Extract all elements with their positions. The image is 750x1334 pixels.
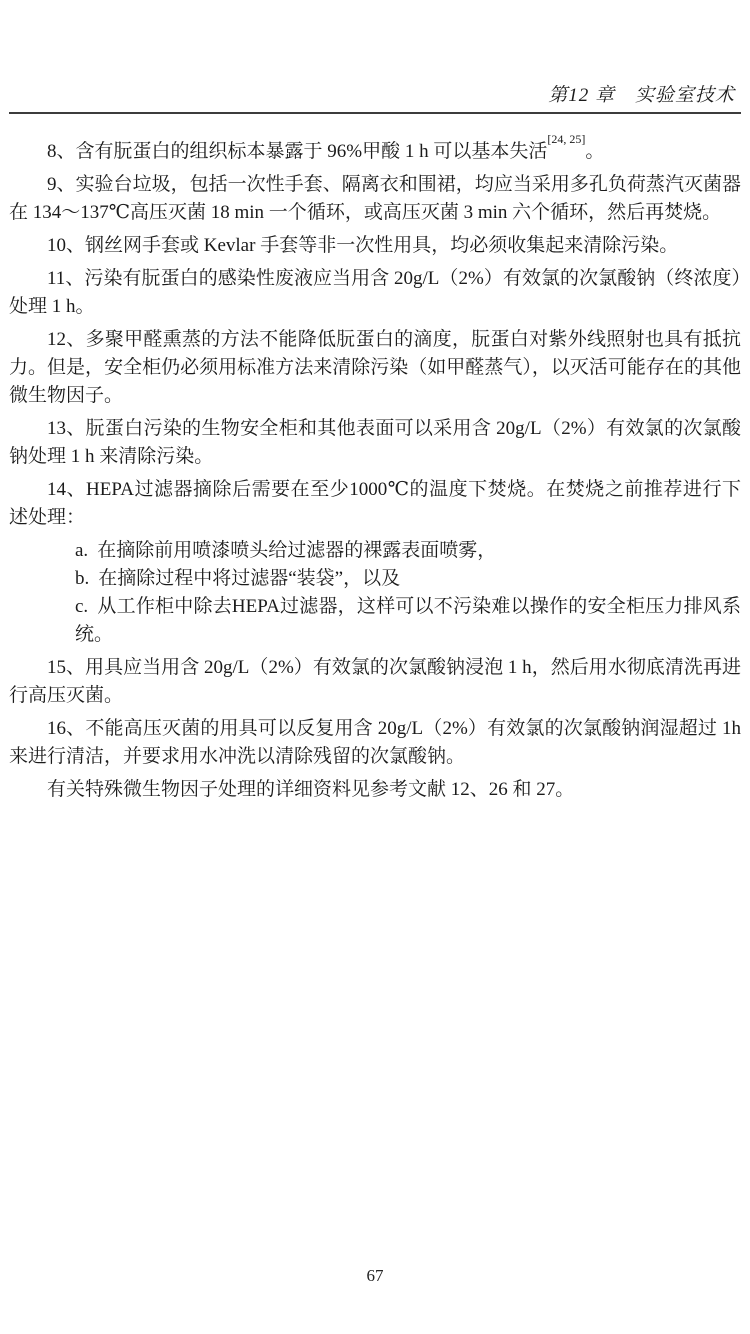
- list-item-13: 13、朊蛋白污染的生物安全柜和其他表面可以采用含 20g/L（2%）有效氯的次氯…: [9, 415, 741, 471]
- list-item-14: 14、HEPA过滤器摘除后需要在至少1000℃的温度下焚烧。在焚烧之前推荐进行下…: [9, 476, 741, 532]
- sub-item-c: c.从工作柜中除去HEPA过滤器，这样可以不污染难以操作的安全柜压力排风系统。: [75, 593, 741, 649]
- sub-item-b-label: b.: [75, 565, 89, 593]
- citation-superscript: [24, 25]: [547, 132, 585, 146]
- list-item-9: 9、实验台垃圾，包括一次性手套、隔离衣和围裙，均应当采用多孔负荷蒸汽灭菌器在 1…: [9, 171, 741, 227]
- list-item-14-sublist: a.在摘除前用喷漆喷头给过滤器的裸露表面喷雾， b.在摘除过程中将过滤器“装袋”…: [75, 537, 741, 649]
- sub-item-a: a.在摘除前用喷漆喷头给过滤器的裸露表面喷雾，: [75, 537, 741, 565]
- list-item-10: 10、钢丝网手套或 Kevlar 手套等非一次性用具，均必须收集起来清除污染。: [9, 232, 741, 260]
- list-item-8-text: 8、含有朊蛋白的组织标本暴露于 96%甲酸 1 h 可以基本失活: [47, 141, 547, 162]
- list-item-15: 15、用具应当用含 20g/L（2%）有效氯的次氯酸钠浸泡 1 h，然后用水彻底…: [9, 654, 741, 710]
- list-item-16: 16、不能高压灭菌的用具可以反复用含 20g/L（2%）有效氯的次氯酸钠润湿超过…: [9, 715, 741, 771]
- list-item-8-suffix: 。: [585, 141, 604, 162]
- closing-note: 有关特殊微生物因子处理的详细资料见参考文献 12、26 和 27。: [9, 776, 741, 804]
- list-item-8: 8、含有朊蛋白的组织标本暴露于 96%甲酸 1 h 可以基本失活[24, 25]…: [9, 138, 741, 166]
- list-item-11: 11、污染有朊蛋白的感染性废液应当用含 20g/L（2%）有效氯的次氯酸钠（终浓…: [9, 265, 741, 321]
- page-number: 67: [0, 1266, 750, 1286]
- sub-item-c-text: 从工作柜中除去HEPA过滤器，这样可以不污染难以操作的安全柜压力排风系统。: [75, 596, 741, 645]
- document-page: 第12 章 实验室技术 8、含有朊蛋白的组织标本暴露于 96%甲酸 1 h 可以…: [0, 0, 750, 1334]
- sub-item-a-label: a.: [75, 537, 88, 565]
- running-header-chapter-title: 第12 章 实验室技术: [9, 84, 741, 114]
- page-body: 8、含有朊蛋白的组织标本暴露于 96%甲酸 1 h 可以基本失活[24, 25]…: [9, 114, 741, 804]
- list-item-12: 12、多聚甲醛熏蒸的方法不能降低朊蛋白的滴度，朊蛋白对紫外线照射也具有抵抗力。但…: [9, 326, 741, 410]
- sub-item-b: b.在摘除过程中将过滤器“装袋”，以及: [75, 565, 741, 593]
- sub-item-a-text: 在摘除前用喷漆喷头给过滤器的裸露表面喷雾，: [97, 540, 496, 561]
- sub-item-b-text: 在摘除过程中将过滤器“装袋”，以及: [98, 568, 400, 589]
- sub-item-c-label: c.: [75, 593, 88, 621]
